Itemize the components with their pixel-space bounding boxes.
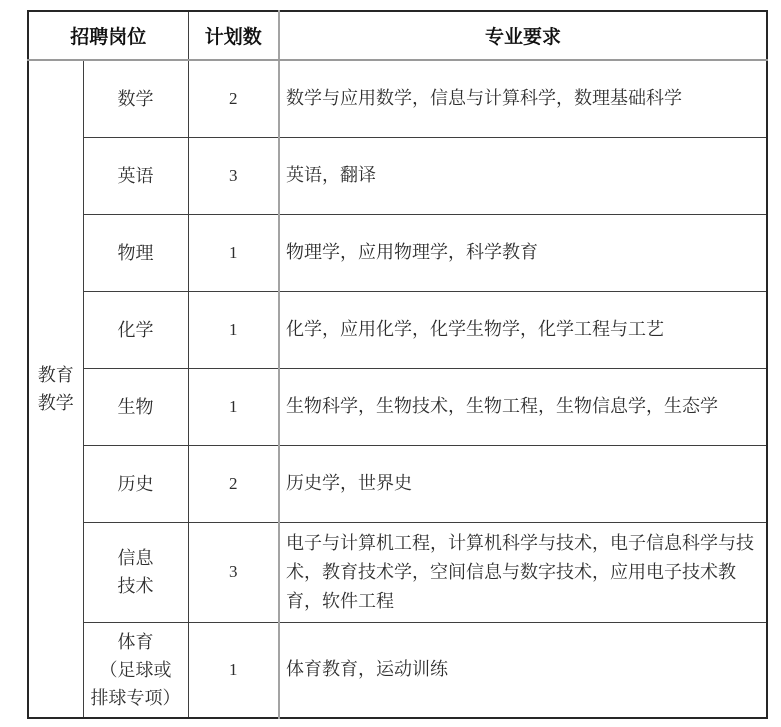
table-row-english: 英语 3 英语，翻译 — [28, 137, 767, 214]
header-count: 计划数 — [188, 11, 279, 60]
requirements-cell: 化学，应用化学，化学生物学，化学工程与工艺 — [279, 291, 767, 368]
requirements-cell: 电子与计算机工程，计算机科学与技术，电子信息科学与技术，教育技术学，空间信息与数… — [279, 522, 767, 622]
requirements-cell: 历史学，世界史 — [279, 445, 767, 522]
subject-cell: 数学 — [83, 60, 188, 137]
requirements-cell: 体育教育，运动训练 — [279, 622, 767, 718]
header-position: 招聘岗位 — [28, 11, 188, 60]
subject-cell: 英语 — [83, 137, 188, 214]
recruitment-table: 招聘岗位 计划数 专业要求 教育 教学 数学 2 数学与应用数学，信息与计算科学… — [27, 10, 768, 719]
table-row-physics: 物理 1 物理学，应用物理学，科学教育 — [28, 214, 767, 291]
table-row-chemistry: 化学 1 化学，应用化学，化学生物学，化学工程与工艺 — [28, 291, 767, 368]
count-cell: 1 — [188, 622, 279, 718]
subject-cell: 信息 技术 — [83, 522, 188, 622]
requirements-cell: 数学与应用数学，信息与计算科学，数理基础科学 — [279, 60, 767, 137]
subject-cell: 物理 — [83, 214, 188, 291]
subject-cell: 化学 — [83, 291, 188, 368]
subject-cell: 体育 （足球或 排球专项） — [83, 622, 188, 718]
category-cell: 教育 教学 — [28, 60, 83, 718]
subject-cell: 历史 — [83, 445, 188, 522]
requirements-cell: 英语，翻译 — [279, 137, 767, 214]
table-row-biology: 生物 1 生物科学，生物技术，生物工程，生物信息学，生态学 — [28, 368, 767, 445]
count-cell: 3 — [188, 522, 279, 622]
requirements-cell: 生物科学，生物技术，生物工程，生物信息学，生态学 — [279, 368, 767, 445]
count-cell: 1 — [188, 291, 279, 368]
header-row: 招聘岗位 计划数 专业要求 — [28, 11, 767, 60]
count-cell: 1 — [188, 214, 279, 291]
count-cell: 3 — [188, 137, 279, 214]
requirements-cell: 物理学，应用物理学，科学教育 — [279, 214, 767, 291]
table-row-history: 历史 2 历史学，世界史 — [28, 445, 767, 522]
table-row-physical-education: 体育 （足球或 排球专项） 1 体育教育，运动训练 — [28, 622, 767, 718]
count-cell: 1 — [188, 368, 279, 445]
document-page: 招聘岗位 计划数 专业要求 教育 教学 数学 2 数学与应用数学，信息与计算科学… — [0, 0, 781, 727]
count-cell: 2 — [188, 445, 279, 522]
header-requirements: 专业要求 — [279, 11, 767, 60]
table-row-information-technology: 信息 技术 3 电子与计算机工程，计算机科学与技术，电子信息科学与技术，教育技术… — [28, 522, 767, 622]
count-cell: 2 — [188, 60, 279, 137]
table-row-math: 教育 教学 数学 2 数学与应用数学，信息与计算科学，数理基础科学 — [28, 60, 767, 137]
subject-cell: 生物 — [83, 368, 188, 445]
